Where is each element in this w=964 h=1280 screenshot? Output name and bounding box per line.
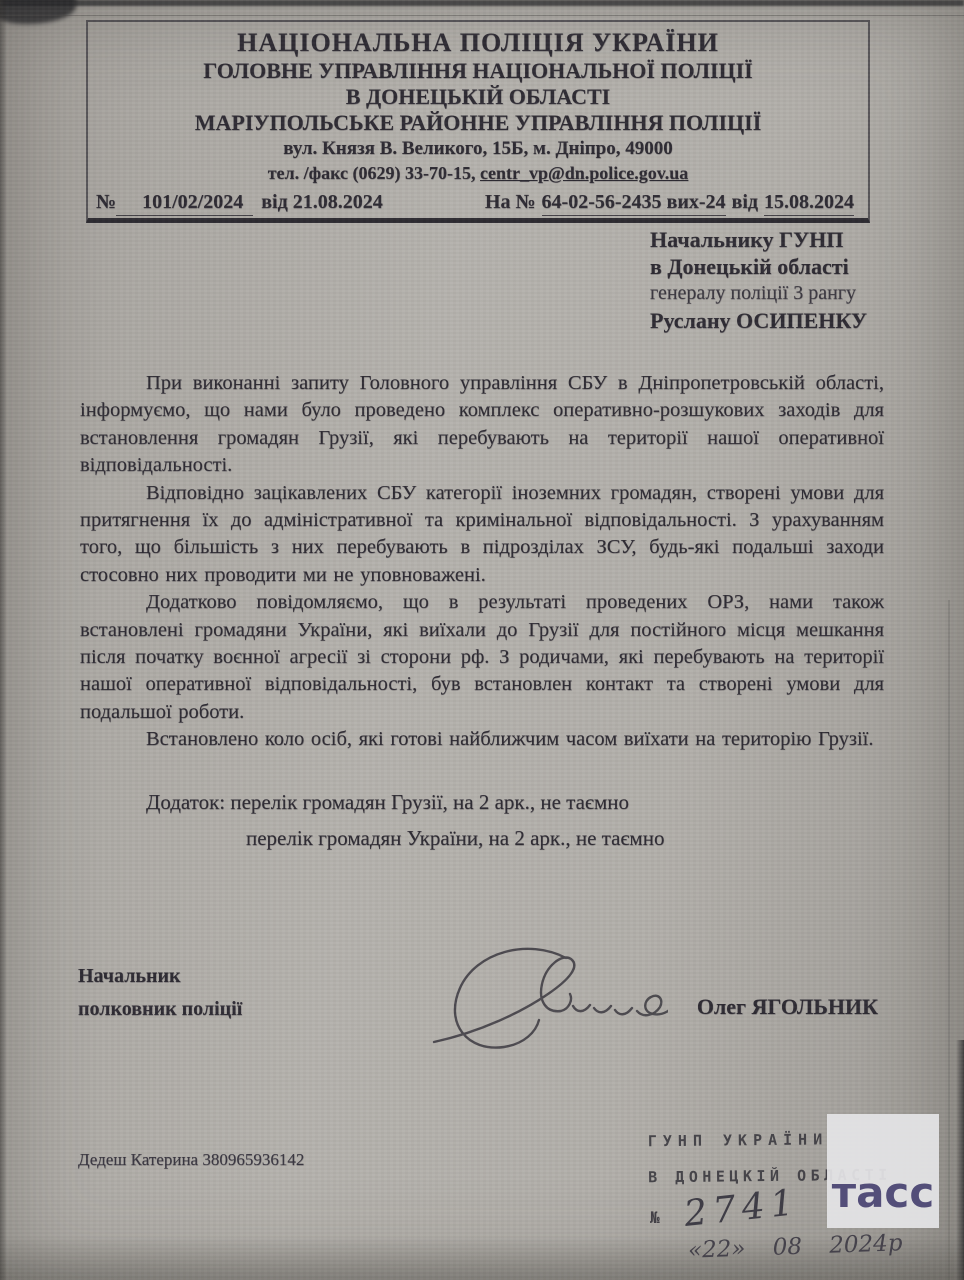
ref-outgoing-number: 101/02/2024 (116, 189, 253, 216)
addressee-region: в Донецькій області (650, 253, 867, 280)
addressee-block: Начальнику ГУНП в Донецькій області гене… (650, 226, 867, 334)
org-name-line1: НАЦІОНАЛЬНА ПОЛІЦІЯ УКРАЇНИ (96, 27, 860, 58)
org-email: centr_vp@dn.police.gov.ua (480, 163, 688, 183)
org-address: вул. Князя В. Великого, 15Б, м. Дніпро, … (96, 136, 860, 161)
scan-top-shadow (0, 0, 964, 6)
attachment-item-1: перелік громадян Грузії, на 2 арк., не т… (230, 790, 629, 814)
stamp-handwritten-number: 2741 (682, 1182, 801, 1235)
paragraph-4: Встановлено коло осіб, які готові найбли… (80, 726, 884, 753)
addressee-rank: генералу поліції 3 рангу (650, 280, 867, 307)
paragraph-3: Додатково повідомляємо, що в результаті … (80, 589, 884, 726)
ref-reply-label: На № (485, 189, 536, 215)
tass-watermark: тасс (827, 1114, 939, 1228)
scan-vertical-crease (948, 600, 950, 1280)
executor-line: Дедеш Катерина 380965936142 (78, 1150, 304, 1170)
scanned-letter-page: НАЦІОНАЛЬНА ПОЛІЦІЯ УКРАЇНИ ГОЛОВНЕ УПРА… (0, 0, 964, 1280)
paragraph-1: При виконанні запиту Головного управлінн… (80, 370, 884, 480)
scan-corner-shadow (0, 0, 76, 24)
attachment-label: Додаток: (146, 790, 225, 814)
signer-name: Олег ЯГОЛЬНИК (697, 994, 878, 1020)
ref-incoming-number: 64-02-56-2435 вих-24 (542, 189, 726, 216)
addressee-title: Начальнику ГУНП (650, 226, 867, 253)
stamp-number-label: № (650, 1208, 660, 1227)
attachment-block: Додаток: перелік громадян Грузії, на 2 а… (80, 784, 884, 856)
scan-left-shadow (0, 0, 7, 1280)
letterhead-box: НАЦІОНАЛЬНА ПОЛІЦІЯ УКРАЇНИ ГОЛОВНЕ УПРА… (86, 20, 870, 223)
ref-no-label: № (96, 189, 116, 215)
org-contacts: тел. /факс (0629) 33-70-15, centr_vp@dn.… (96, 161, 860, 185)
attachment-line-1: Додаток: перелік громадян Грузії, на 2 а… (146, 784, 884, 820)
reference-line: № 101/02/2024 від 21.08.2024 На № 64-02-… (96, 189, 860, 216)
signature-block: Начальник полковник поліції Олег ЯГОЛЬНИ… (78, 960, 880, 1070)
tass-logo: тасс (831, 1172, 935, 1214)
paragraph-2: Відповідно зацікавлених СБУ категорії ін… (80, 480, 884, 590)
org-phone: тел. /факс (0629) 33-70-15, (268, 163, 476, 183)
ref-incoming-date-label: від (732, 189, 758, 215)
addressee-name: Руслану ОСИПЕНКУ (650, 307, 867, 334)
org-name-line4: МАРІУПОЛЬСЬКЕ РАЙОННЕ УПРАВЛІННЯ ПОЛІЦІЇ (96, 110, 860, 136)
org-name-line3: В ДОНЕЦЬКІЙ ОБЛАСТІ (96, 84, 860, 110)
handwritten-signature-icon (408, 942, 668, 1062)
ref-incoming-date: 15.08.2024 (764, 189, 854, 216)
ref-outgoing-date: від 21.08.2024 (261, 189, 382, 215)
org-name-line2: ГОЛОВНЕ УПРАВЛІННЯ НАЦІОНАЛЬНОЇ ПОЛІЦІЇ (96, 58, 860, 84)
attachment-item-2: перелік громадян України, на 2 арк., не … (146, 820, 884, 856)
letter-body: При виконанні запиту Головного управлінн… (80, 370, 884, 856)
scan-fold-line (0, 15, 964, 16)
